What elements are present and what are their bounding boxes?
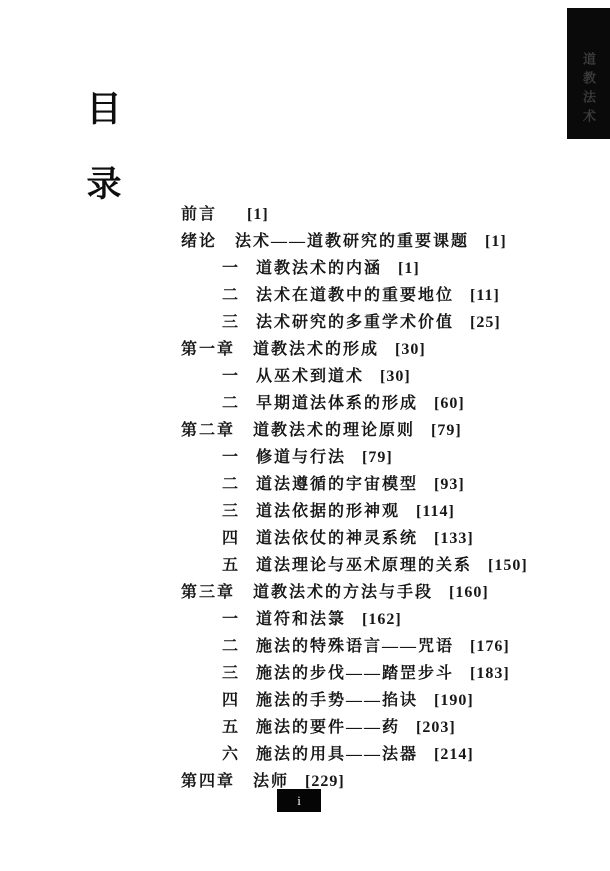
- toc-entry-title: 道教法术的理论原则: [253, 422, 415, 439]
- toc-entry-page: [1]: [485, 233, 507, 250]
- toc-entry-page: [162]: [362, 611, 402, 628]
- toc-entry-title: 道教法术的形成: [253, 341, 379, 358]
- folio-box: i: [277, 789, 321, 812]
- toc-row: 二 道法遵循的宇宙模型 [93]: [0, 471, 610, 498]
- toc-row: 二 早期道法体系的形成 [60]: [0, 390, 610, 417]
- toc-entry-page: [93]: [434, 476, 465, 493]
- toc-entry-page: [79]: [431, 422, 462, 439]
- toc-entry-number: 二: [222, 395, 240, 412]
- toc-entry-title: 道教法术的内涵: [256, 260, 382, 277]
- toc-entry-title: 道符和法箓: [256, 611, 346, 628]
- toc-entry-number: 一: [222, 260, 240, 277]
- toc-row: 五 道法理论与巫术原理的关系 [150]: [0, 552, 610, 579]
- toc-entry-number: 四: [222, 530, 240, 547]
- toc-row: 一 道符和法箓 [162]: [0, 606, 610, 633]
- toc-entry-number: 第二章: [181, 422, 235, 439]
- toc-entry-title: 从巫术到道术: [256, 368, 364, 385]
- toc-row: 前言 [1]: [0, 201, 610, 228]
- toc-entry-page: [11]: [470, 287, 500, 304]
- toc-entry-page: [30]: [395, 341, 426, 358]
- toc-entry-title: 道法依据的形神观: [256, 503, 400, 520]
- toc-entry-number: 四: [222, 692, 240, 709]
- folio-page-number: i: [297, 794, 301, 807]
- toc-entry-title: 法术在道教中的重要地位: [256, 287, 454, 304]
- toc-row: 绪论 法术——道教研究的重要课题 [1]: [0, 228, 610, 255]
- toc-entry-page: [114]: [416, 503, 455, 520]
- toc-row: 第一章 道教法术的形成 [30]: [0, 336, 610, 363]
- toc-entry-title: 法术研究的多重学术价值: [256, 314, 454, 331]
- page-title-char-mu: 目: [82, 92, 126, 127]
- toc-entry-number: 五: [222, 719, 240, 736]
- toc-row: 五 施法的要件——药 [203]: [0, 714, 610, 741]
- toc-entry-page: [133]: [434, 530, 474, 547]
- toc-entry-title: 道法依仗的神灵系统: [256, 530, 418, 547]
- toc-entry-page: [203]: [416, 719, 456, 736]
- toc-entry-number: 二: [222, 287, 240, 304]
- toc-entry-page: [79]: [362, 449, 393, 466]
- toc-entry-page: [160]: [449, 584, 489, 601]
- toc-entry-number: 五: [222, 557, 240, 574]
- toc-entry-title: 施法的用具——法器: [256, 746, 418, 763]
- toc-entry-page: [30]: [380, 368, 411, 385]
- toc-entry-title: 施法的特殊语言——咒语: [256, 638, 454, 655]
- toc-row: 第二章 道教法术的理论原则 [79]: [0, 417, 610, 444]
- toc-entry-page: [229]: [305, 773, 345, 790]
- toc-entry-title: 道法遵循的宇宙模型: [256, 476, 418, 493]
- toc-entry-number: 绪论: [181, 233, 217, 250]
- toc-entry-number: 一: [222, 611, 240, 628]
- toc-entry-number: 第四章: [181, 773, 235, 790]
- toc-entry-number: 一: [222, 368, 240, 385]
- toc-row: 四 施法的手势——掐诀 [190]: [0, 687, 610, 714]
- toc-entry-title: 早期道法体系的形成: [256, 395, 418, 412]
- toc-row: 一 道教法术的内涵 [1]: [0, 255, 610, 282]
- toc-row: 第三章 道教法术的方法与手段 [160]: [0, 579, 610, 606]
- toc-entry-title: 道教法术的方法与手段: [253, 584, 433, 601]
- toc-entry-page: [183]: [470, 665, 510, 682]
- toc-row: 三 法术研究的多重学术价值 [25]: [0, 309, 610, 336]
- toc-row: 一 修道与行法 [79]: [0, 444, 610, 471]
- toc-entry-page: [214]: [434, 746, 474, 763]
- toc-entry-page: [60]: [434, 395, 465, 412]
- toc-entry-number: 三: [222, 503, 240, 520]
- toc-entry-page: [25]: [470, 314, 501, 331]
- toc-row: 三 施法的步伐——踏罡步斗 [183]: [0, 660, 610, 687]
- toc-row: 三 道法依据的形神观 [114]: [0, 498, 610, 525]
- toc-entry-page: [150]: [488, 557, 528, 574]
- page-title-char-lu: 录: [82, 167, 126, 202]
- toc-entry-number: 前言: [181, 206, 217, 223]
- toc-entry-title: 法师: [253, 773, 289, 790]
- toc-entry-title: 道法理论与巫术原理的关系: [256, 557, 472, 574]
- table-of-contents: 前言 [1] 绪论 法术——道教研究的重要课题 [1] 一 道教法术的内涵 [1…: [0, 201, 610, 795]
- toc-row: 六 施法的用具——法器 [214]: [0, 741, 610, 768]
- toc-entry-number: 二: [222, 476, 240, 493]
- toc-entry-number: 三: [222, 665, 240, 682]
- toc-entry-number: 第三章: [181, 584, 235, 601]
- edge-tab: 道教法术: [567, 8, 610, 139]
- toc-entry-number: 一: [222, 449, 240, 466]
- toc-entry-page: [1]: [247, 206, 269, 223]
- toc-entry-title: 施法的步伐——踏罡步斗: [256, 665, 454, 682]
- toc-row: 四 道法依仗的神灵系统 [133]: [0, 525, 610, 552]
- toc-entry-title: 施法的手势——掐诀: [256, 692, 418, 709]
- page-title: 目 录: [82, 92, 126, 202]
- toc-entry-page: [176]: [470, 638, 510, 655]
- toc-entry-title: 施法的要件——药: [256, 719, 400, 736]
- toc-entry-number: 第一章: [181, 341, 235, 358]
- toc-entry-number: 三: [222, 314, 240, 331]
- toc-row: 二 法术在道教中的重要地位 [11]: [0, 282, 610, 309]
- toc-entry-page: [190]: [434, 692, 474, 709]
- edge-tab-book-title: 道教法术: [579, 52, 598, 139]
- toc-row: 一 从巫术到道术 [30]: [0, 363, 610, 390]
- toc-entry-page: [1]: [398, 260, 420, 277]
- toc-entry-number: 二: [222, 638, 240, 655]
- toc-entry-title: 法术——道教研究的重要课题: [235, 233, 469, 250]
- toc-entry-title: 修道与行法: [256, 449, 346, 466]
- toc-entry-number: 六: [222, 746, 240, 763]
- toc-row: 二 施法的特殊语言——咒语 [176]: [0, 633, 610, 660]
